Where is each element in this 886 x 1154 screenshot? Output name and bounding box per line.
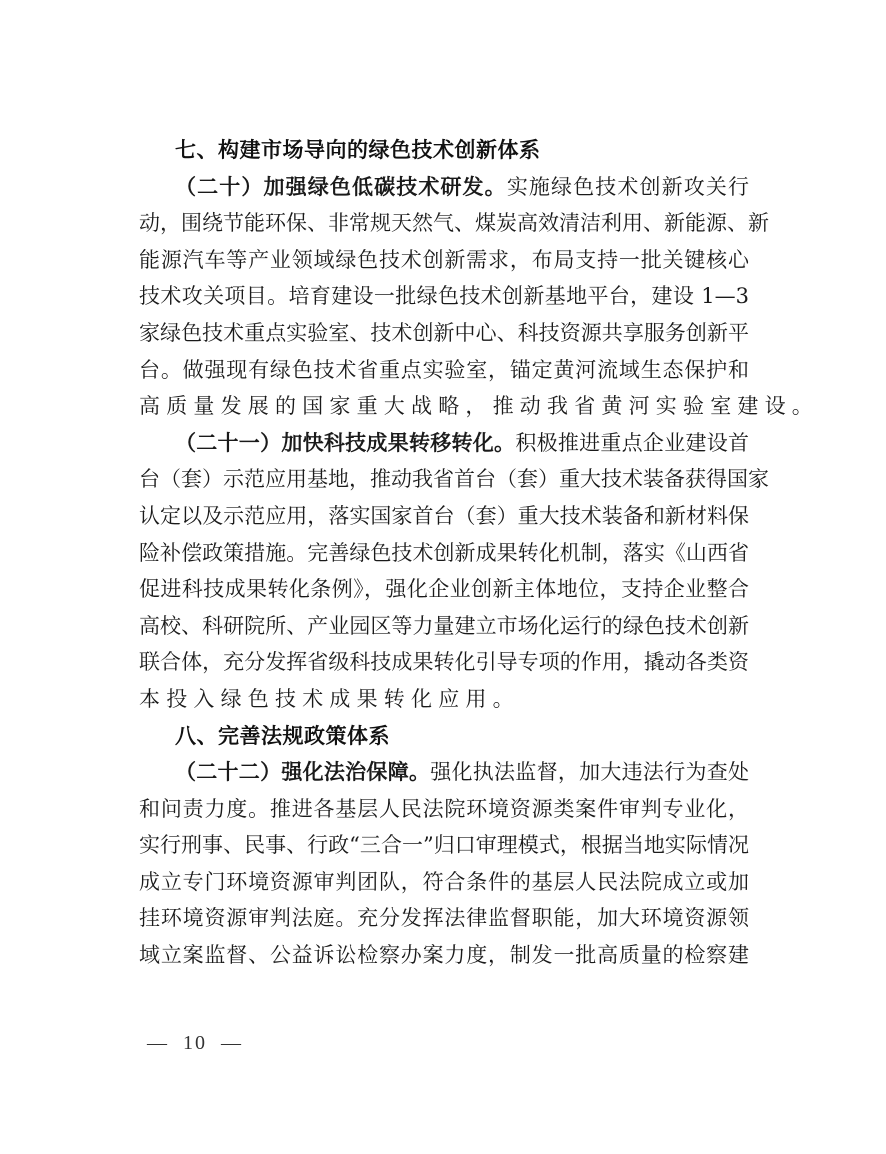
paragraph-20-line-5: 家绿色技术重点实验室、技术创新中心、科技资源共享服务创新平: [139, 315, 749, 352]
section-heading-7: 七、构建市场导向的绿色技术创新体系: [139, 132, 749, 169]
paragraph-20-line-6: 台。做强现有绿色技术省重点实验室，锚定黄河流域生态保护和: [139, 352, 749, 389]
paragraph-22-line-1: （二十二）强化法治保障。强化执法监督，加大违法行为查处: [139, 754, 749, 791]
paragraph-20-text: 实施绿色技术创新攻关行: [507, 175, 749, 199]
paragraph-22-text: 强化执法监督，加大违法行为查处: [430, 760, 749, 784]
paragraph-21-line-5: 促进科技成果转化条例》，强化企业创新主体地位，支持企业整合: [139, 571, 749, 608]
paragraph-21-line-4: 险补偿政策措施。完善绿色技术创新成果转化机制，落实《山西省: [139, 535, 749, 572]
paragraph-21-line-8: 本投入绿色技术成果转化应用。: [139, 681, 749, 718]
paragraph-20-line-4: 技术攻关项目。培育建设一批绿色技术创新基地平台，建设 1—3: [139, 278, 749, 315]
paragraph-21-line-3: 认定以及示范应用，落实国家首台（套）重大技术装备和新材料保: [139, 498, 749, 535]
paragraph-20-lead: （二十）加强绿色低碳技术研发。: [175, 175, 507, 199]
paragraph-20-line-1: （二十）加强绿色低碳技术研发。实施绿色技术创新攻关行: [139, 169, 749, 206]
paragraph-22-line-4: 成立专门环境资源审判团队，符合条件的基层人民法院成立或加: [139, 864, 749, 901]
section-heading-8: 八、完善法规政策体系: [139, 718, 749, 755]
paragraph-22-line-6: 域立案监督、公益诉讼检察办案力度，制发一批高质量的检察建: [139, 937, 749, 974]
paragraph-22-line-5: 挂环境资源审判法庭。充分发挥法律监督职能，加大环境资源领: [139, 900, 749, 937]
paragraph-20-line-3: 能源汽车等产业领域绿色技术创新需求，布局支持一批关键核心: [139, 242, 749, 279]
paragraph-20-line-7: 高质量发展的国家重大战略，推动我省黄河实验室建设。: [139, 388, 749, 425]
paragraph-22-line-2: 和问责力度。推进各基层人民法院环境资源类案件审判专业化，: [139, 791, 749, 828]
paragraph-21-line-2: 台（套）示范应用基地，推动我省首台（套）重大技术装备获得国家: [139, 461, 749, 498]
paragraph-22-line-3: 实行刑事、民事、行政“三合一”归口审理模式，根据当地实际情况: [139, 827, 749, 864]
paragraph-21-line-7: 联合体，充分发挥省级科技成果转化引导专项的作用，撬动各类资: [139, 644, 749, 681]
document-page: 七、构建市场导向的绿色技术创新体系 （二十）加强绿色低碳技术研发。实施绿色技术创…: [139, 132, 749, 974]
paragraph-21-line-1: （二十一）加快科技成果转移转化。积极推进重点企业建设首: [139, 425, 749, 462]
paragraph-21-line-6: 高校、科研院所、产业园区等力量建立市场化运行的绿色技术创新: [139, 608, 749, 645]
paragraph-22-lead: （二十二）强化法治保障。: [175, 760, 430, 784]
paragraph-20-line-2: 动，围绕节能环保、非常规天然气、煤炭高效清洁利用、新能源、新: [139, 205, 749, 242]
paragraph-21-lead: （二十一）加快科技成果转移转化。: [175, 431, 515, 455]
page-number: — 10 —: [147, 1032, 243, 1055]
paragraph-21-text: 积极推进重点企业建设首: [515, 431, 749, 455]
